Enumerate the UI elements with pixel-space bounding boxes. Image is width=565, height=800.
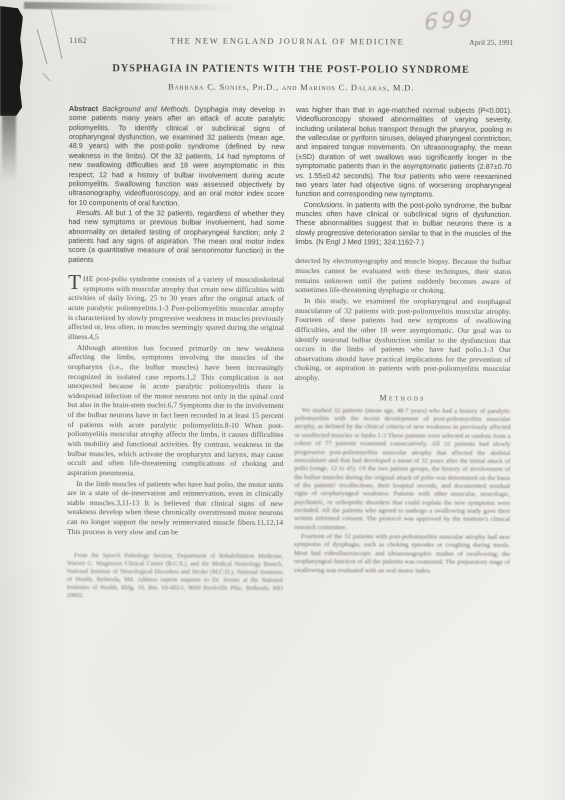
abstract-left: Abstract Background and Methods. Dysphag… xyxy=(68,104,285,266)
pencil-marks xyxy=(28,2,74,94)
abstract-background-text: Dysphagia may develop in some patients m… xyxy=(68,105,284,208)
page-number: 1162 xyxy=(69,36,139,45)
abstract-results-continuation: was higher than that in age-matched norm… xyxy=(296,105,512,200)
article-title: DYSPHAGIA IN PATIENTS WITH THE POST-POLI… xyxy=(69,63,513,76)
scanned-journal-page: 699 1162 THE NEW ENGLAND JOURNAL OF MEDI… xyxy=(0,0,565,800)
paragraph-detected: detected by electromyography and muscle … xyxy=(295,256,511,296)
methods-paragraph-2: Fourteen of the 32 patients with post-po… xyxy=(294,533,510,576)
methods-paragraph-1: We studied 32 patients (mean age, 48.7 y… xyxy=(294,407,511,533)
two-column-text: Abstract Background and Methods. Dysphag… xyxy=(67,104,513,602)
page-content: 1162 THE NEW ENGLAND JOURNAL OF MEDICINE… xyxy=(67,35,513,602)
paragraph-bulbar: Although attention has focused primarily… xyxy=(67,343,284,479)
abstract-results-paragraph: Results. All but 1 of the 32 patients, r… xyxy=(68,208,284,265)
abstract-label: Abstract xyxy=(69,104,98,113)
abstract-conclusions-paragraph: Conclusions. In patients with the post-p… xyxy=(295,200,511,248)
binding-shadow-tail xyxy=(2,112,16,182)
paragraph-this-study: In this study, we examined the oropharyn… xyxy=(295,296,511,384)
opening-text: post-polio syndrome consists of a variet… xyxy=(68,274,284,341)
body-right: detected by electromyography and muscle … xyxy=(295,256,512,383)
abstract-background-paragraph: Abstract Background and Methods. Dysphag… xyxy=(68,104,284,208)
journal-name: THE NEW ENGLAND JOURNAL OF MEDICINE xyxy=(139,35,435,46)
binding-shadow-blob xyxy=(0,6,23,116)
methods-heading: Methods xyxy=(295,393,511,403)
opening-paragraph: THE post-polio syndrome consists of a va… xyxy=(68,274,284,342)
affiliation-footnote: From the Speech Pathology Section, Depar… xyxy=(67,552,283,601)
right-column: was higher than that in age-matched norm… xyxy=(294,105,512,602)
article-authors: Barbara C. Sonies, Ph.D., and Marinos C.… xyxy=(69,81,513,93)
abstract-background-label: Background and Methods. xyxy=(102,104,190,113)
drop-cap: T xyxy=(68,274,83,291)
methods-text: We studied 32 patients (mean age, 48.7 y… xyxy=(294,407,511,576)
abstract-right: was higher than that in age-matched norm… xyxy=(295,105,512,248)
running-head: 1162 THE NEW ENGLAND JOURNAL OF MEDICINE… xyxy=(69,35,513,47)
issue-date: April 25, 1991 xyxy=(435,38,513,47)
opening-lead: HE xyxy=(83,274,94,283)
abstract-results-label: Results. xyxy=(76,208,102,217)
body-left: THE post-polio syndrome consists of a va… xyxy=(67,274,284,537)
left-column: Abstract Background and Methods. Dysphag… xyxy=(67,104,285,601)
paragraph-motor-units: In the limb muscles of patients who have… xyxy=(67,479,283,538)
abstract-conclusions-label: Conclusions. xyxy=(303,200,344,209)
